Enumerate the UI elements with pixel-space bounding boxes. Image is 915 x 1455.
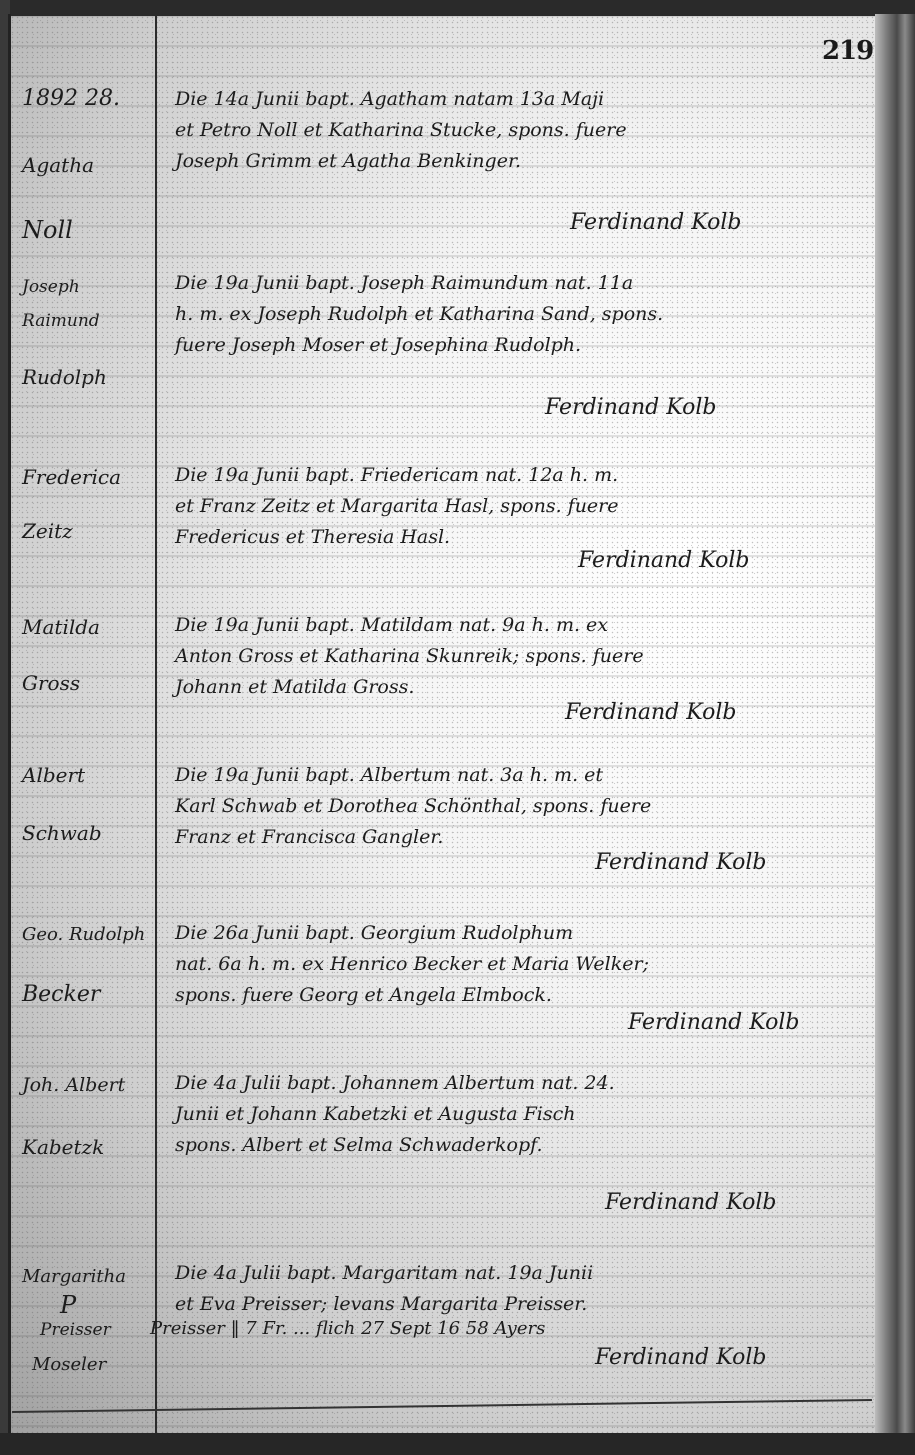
- entry-line: Junii et Johann Kabetzki et Augusta Fisc…: [175, 1099, 875, 1130]
- page-number: 219: [822, 36, 873, 66]
- priest-signature: Ferdinand Kolb: [565, 700, 736, 725]
- entry-line: Die 19a Junii bapt. Matildam nat. 9a h. …: [175, 610, 875, 641]
- entry-text: Die 19a Junii bapt. Joseph Raimundum nat…: [175, 268, 875, 361]
- entry-text: Die 19a Junii bapt. Friedericam nat. 12a…: [175, 460, 875, 553]
- entry-line: spons. fuere Georg et Angela Elmbock.: [175, 980, 875, 1011]
- margin-surname: Zeitz: [22, 516, 157, 546]
- margin-surname: Gross: [22, 668, 157, 698]
- margin-name: Joh. Albert: [22, 1070, 157, 1100]
- margin-surname: Becker: [22, 980, 157, 1010]
- entry-line: Fredericus et Theresia Hasl.: [175, 522, 875, 553]
- year-header: 1892 28.: [22, 84, 157, 114]
- entry-text: Die 19a Junii bapt. Matildam nat. 9a h. …: [175, 610, 875, 703]
- priest-signature: Ferdinand Kolb: [595, 1345, 766, 1370]
- entry-line: Die 14a Junii bapt. Agatham natam 13a Ma…: [175, 84, 875, 115]
- entry-line: Franz et Francisca Gangler.: [175, 822, 875, 853]
- entry-line: nat. 6a h. m. ex Henrico Becker et Maria…: [175, 949, 875, 980]
- left-border-rule: [8, 14, 11, 1434]
- priest-signature: Ferdinand Kolb: [605, 1190, 776, 1215]
- margin-surname: Noll: [22, 215, 157, 245]
- entry-line: h. m. ex Joseph Rudolph et Katharina San…: [175, 299, 875, 330]
- entry-text: Die 19a Junii bapt. Albertum nat. 3a h. …: [175, 760, 875, 853]
- priest-signature: Ferdinand Kolb: [545, 395, 716, 420]
- entry-line: Karl Schwab et Dorothea Schönthal, spons…: [175, 791, 875, 822]
- margin-surname-married: Moseler: [32, 1350, 167, 1380]
- margin-surname: Kabetzk: [22, 1132, 157, 1162]
- entry-line: et Franz Zeitz et Margarita Hasl, spons.…: [175, 491, 875, 522]
- entry-line: spons. Albert et Selma Schwaderkopf.: [175, 1130, 875, 1161]
- entry-text: Die 4a Julii bapt. Margaritam nat. 19a J…: [175, 1258, 875, 1320]
- priest-signature: Ferdinand Kolb: [595, 850, 766, 875]
- entry-text: Die 26a Junii bapt. Georgium Rudolphum n…: [175, 918, 875, 1011]
- margin-name: Frederica: [22, 462, 157, 492]
- entry-line: Die 19a Junii bapt. Friedericam nat. 12a…: [175, 460, 875, 491]
- margin-name: Agatha: [22, 150, 157, 180]
- margin-name: Margaritha: [22, 1262, 157, 1292]
- entry-line: et Eva Preisser; levans Margarita Preiss…: [175, 1289, 875, 1320]
- entry-line: Johann et Matilda Gross.: [175, 672, 875, 703]
- entry-line: Anton Gross et Katharina Skunreik; spons…: [175, 641, 875, 672]
- priest-signature: Ferdinand Kolb: [628, 1010, 799, 1035]
- entry-text: Die 4a Julii bapt. Johannem Albertum nat…: [175, 1068, 875, 1161]
- entry-line: fuere Joseph Moser et Josephina Rudolph.: [175, 330, 875, 361]
- margin-surname: Schwab: [22, 818, 157, 848]
- entry-line: Die 26a Junii bapt. Georgium Rudolphum: [175, 918, 875, 949]
- entry-text: Die 14a Junii bapt. Agatham natam 13a Ma…: [175, 84, 875, 177]
- margin-name: Matilda: [22, 612, 157, 642]
- margin-name: Joseph: [22, 272, 157, 302]
- entry-line: Die 4a Julii bapt. Margaritam nat. 19a J…: [175, 1258, 875, 1289]
- register-page: 219 1892 28. Agatha Noll Die 14a Junii b…: [0, 0, 915, 1455]
- margin-name: Geo. Rudolph: [22, 920, 157, 950]
- entry-line: Die 4a Julii bapt. Johannem Albertum nat…: [175, 1068, 875, 1099]
- priest-signature: Ferdinand Kolb: [570, 210, 741, 235]
- entry-line: et Petro Noll et Katharina Stucke, spons…: [175, 115, 875, 146]
- entry-line: Die 19a Junii bapt. Albertum nat. 3a h. …: [175, 760, 875, 791]
- scan-bottom-edge: [0, 1433, 915, 1455]
- priest-signature: Ferdinand Kolb: [578, 548, 749, 573]
- margin-surname: Rudolph: [22, 362, 157, 392]
- scan-top-edge: [0, 0, 915, 16]
- entry-line: Joseph Grimm et Agatha Benkinger.: [175, 146, 875, 177]
- margin-name: Albert: [22, 760, 157, 790]
- marginal-annotation: Preisser ‖ 7 Fr. ... flich 27 Sept 16 58…: [150, 1318, 545, 1339]
- page-binding-fold: [875, 14, 915, 1434]
- margin-name: Raimund: [22, 306, 157, 336]
- entry-line: Die 19a Junii bapt. Joseph Raimundum nat…: [175, 268, 875, 299]
